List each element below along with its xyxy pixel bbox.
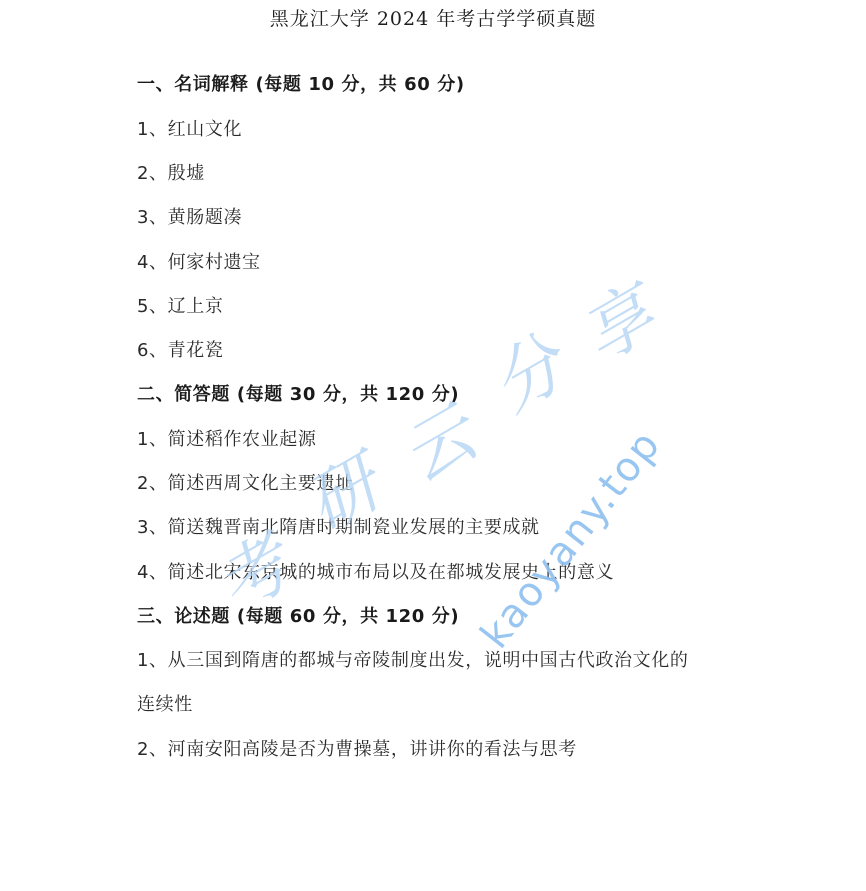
question-item-continuation: 连续性 (137, 690, 193, 716)
question-item: 1、红山文化 (137, 115, 242, 141)
watermark-char: 享 (559, 259, 670, 381)
section-heading-essay: 三、论述题 (每题 60 分，共 120 分) (137, 602, 459, 628)
question-item: 2、殷墟 (137, 159, 205, 185)
question-item: 1、从三国到隋唐的都城与帝陵制度出发，说明中国古代政治文化的 (137, 646, 688, 672)
watermark-url: kaoyany.top (472, 421, 670, 657)
question-item: 3、黄肠题凑 (137, 203, 242, 229)
question-item: 4、何家村遗宝 (137, 248, 261, 274)
question-item: 2、河南安阳高陵是否为曹操墓，讲讲你的看法与思考 (137, 735, 577, 761)
question-item: 1、简述稻作农业起源 (137, 425, 316, 451)
question-item: 5、辽上京 (137, 292, 223, 318)
watermark-char: 分 (469, 309, 580, 431)
question-item: 6、青花瓷 (137, 336, 223, 362)
document-title: 黑龙江大学 2024 年考古学学硕真题 (0, 4, 866, 31)
section-heading-terms: 一、名词解释 (每题 10 分，共 60 分) (137, 70, 465, 96)
